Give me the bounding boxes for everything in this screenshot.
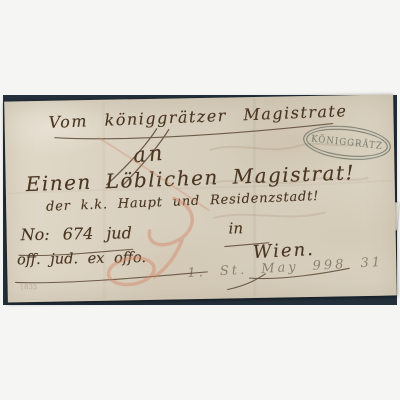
postmark-town-name: KÖNIGGRÄTZ <box>311 134 384 152</box>
salutation-word: an <box>132 141 166 168</box>
corner-catalog-mark: 1835 <box>20 283 38 291</box>
destination-preposition: in <box>228 219 243 237</box>
dispatch-note-line: off. jud. ex offo. <box>17 250 146 268</box>
reference-number-line: No: 674 jud <box>20 223 132 244</box>
postmark-stamp: KÖNIGGRÄTZ <box>302 122 393 164</box>
photo-canvas: Vom königgrätzer Magistrate an Einen Löb… <box>0 0 400 400</box>
letter-cover: Vom königgrätzer Magistrate an Einen Löb… <box>4 94 397 302</box>
sender-line: Vom königgrätzer Magistrate <box>48 101 347 132</box>
